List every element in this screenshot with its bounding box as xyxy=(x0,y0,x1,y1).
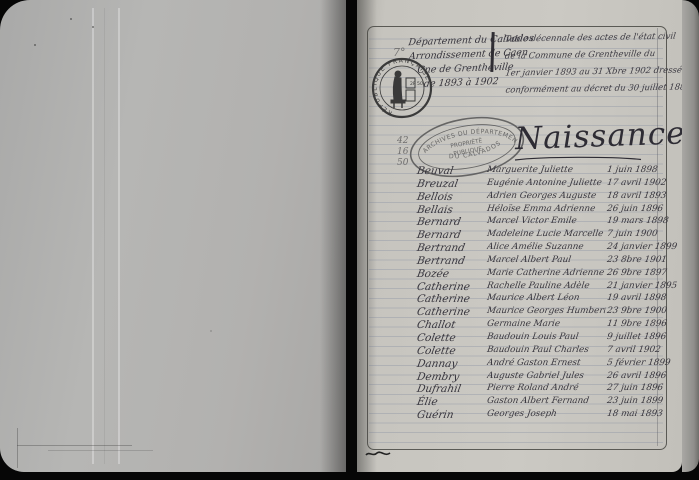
entry-given-names: Baudouin Paul Charles xyxy=(486,345,605,355)
scanned-register-spread: 7° Département du Calvados Arrondissemen… xyxy=(0,0,699,480)
entry-surname: Catherine xyxy=(416,293,488,305)
entry-date: 26 avril 1896 xyxy=(606,371,669,381)
stamp-value: 2F 50 xyxy=(410,81,423,87)
entry-given-names: Gaston Albert Fernand xyxy=(486,396,605,406)
entry-date: 1 juin 1898 xyxy=(606,165,669,175)
entry-date: 18 avril 1893 xyxy=(606,191,669,201)
entry-given-names: Alice Amélie Suzanne xyxy=(486,242,605,252)
entry-date: 17 avril 1902 xyxy=(606,178,669,188)
entry-date: 23 juin 1899 xyxy=(606,396,669,406)
entry-surname: Bertrand xyxy=(416,255,488,267)
table-row: BernardMarcel Victor Émile19 mars 1898 xyxy=(417,216,669,229)
entry-surname: Bellais xyxy=(416,204,488,216)
entry-given-names: Héloïse Emma Adrienne xyxy=(486,204,605,214)
table-row: CatherineRachelle Pauline Adèle21 janvie… xyxy=(417,281,669,294)
entry-date: 19 avril 1898 xyxy=(606,293,669,303)
entry-date: 18 mai 1893 xyxy=(606,409,669,419)
entry-surname: Élie xyxy=(416,396,488,408)
table-row: CatherineMaurice Albert Léon19 avril 189… xyxy=(417,293,669,306)
entry-date: 7 avril 1902 xyxy=(606,345,669,355)
table-row: BertrandAlice Amélie Suzanne24 janvier 1… xyxy=(417,242,669,255)
entry-date: 19 mars 1898 xyxy=(606,216,669,226)
table-row: DembryAuguste Gabriel Jules26 avril 1896 xyxy=(417,371,669,384)
entry-date: 24 janvier 1899 xyxy=(606,242,669,252)
table-row: DannayAndré Gaston Ernest5 février 1899 xyxy=(417,358,669,371)
pencil-rule-horizontal xyxy=(17,445,132,446)
table-row: BernardMadeleine Lucie Marcelle7 juin 19… xyxy=(417,229,669,242)
table-row: CatherineMaurice Georges Humbert23 9bre … xyxy=(417,306,669,319)
table-row: ColetteBaudouin Louis Paul9 juillet 1896 xyxy=(417,332,669,345)
entry-date: 26 9bre 1897 xyxy=(606,268,669,278)
title-flourish xyxy=(513,156,643,162)
entry-surname: Dannay xyxy=(416,358,488,370)
entry-surname: Colette xyxy=(416,345,488,357)
table-row: GuérinGeorges Joseph18 mai 1893 xyxy=(417,409,669,422)
table-row: DufrahilPierre Roland André27 juin 1896 xyxy=(417,383,669,396)
page-title: Naissances xyxy=(514,115,699,158)
entry-surname: Dufrahil xyxy=(416,383,488,395)
spine-shadow xyxy=(320,0,346,472)
entry-surname: Bertrand xyxy=(416,242,488,254)
entry-surname: Beuval xyxy=(416,165,488,177)
entry-given-names: Maurice Georges Humbert xyxy=(486,306,605,316)
entry-given-names: Germaine Marie xyxy=(486,319,605,329)
entry-surname: Bernard xyxy=(416,229,488,241)
right-page-naissances: 7° Département du Calvados Arrondissemen… xyxy=(357,0,682,472)
entry-date: 11 9bre 1896 xyxy=(606,319,669,329)
entry-surname: Bellois xyxy=(416,191,488,203)
entry-date: 9 juillet 1896 xyxy=(606,332,669,342)
table-row: ColetteBaudouin Paul Charles7 avril 1902 xyxy=(417,345,669,358)
entry-surname: Bernard xyxy=(416,216,488,228)
births-list: BeuvalMarguerite Juliette1 juin 1898Breu… xyxy=(417,165,669,422)
entry-date: 21 janvier 1895 xyxy=(606,281,669,291)
entry-given-names: Rachelle Pauline Adèle xyxy=(486,281,605,291)
entry-given-names: Eugénie Antonine Juliette xyxy=(486,178,605,188)
entry-surname: Breuzal xyxy=(416,178,488,190)
table-row: BeuvalMarguerite Juliette1 juin 1898 xyxy=(417,165,669,178)
table-row: ÉlieGaston Albert Fernand23 juin 1899 xyxy=(417,396,669,409)
table-row: BreuzalEugénie Antonine Juliette17 avril… xyxy=(417,178,669,191)
entry-date: 23 8bre 1901 xyxy=(606,255,669,265)
dust-speck xyxy=(92,26,94,28)
table-row: BelloisAdrien Georges Auguste18 avril 18… xyxy=(417,191,669,204)
table-row: ChallotGermaine Marie11 9bre 1896 xyxy=(417,319,669,332)
entry-given-names: Maurice Albert Léon xyxy=(486,293,605,303)
table-row: BozéeMarie Catherine Adrienne26 9bre 189… xyxy=(417,268,669,281)
entry-date: 26 juin 1896 xyxy=(606,204,669,214)
pencil-rule-horizontal xyxy=(48,450,153,451)
entry-surname: Catherine xyxy=(416,281,488,293)
entry-given-names: Marcel Victor Émile xyxy=(486,216,605,226)
entry-given-names: Madeleine Lucie Marcelle xyxy=(486,229,605,239)
entry-surname: Bozée xyxy=(416,268,488,280)
table-row: BellaisHéloïse Emma Adrienne26 juin 1896 xyxy=(417,204,669,217)
page-block-edge xyxy=(682,0,699,472)
table-row: BertrandMarcel Albert Paul23 8bre 1901 xyxy=(417,255,669,268)
entry-surname: Dembry xyxy=(416,371,488,383)
allegory-figure xyxy=(391,71,415,108)
entry-given-names: André Gaston Ernest xyxy=(486,358,605,368)
page-fold-line xyxy=(118,8,120,464)
entry-surname: Catherine xyxy=(416,306,488,318)
entry-surname: Colette xyxy=(416,332,488,344)
entry-surname: Guérin xyxy=(416,409,488,421)
entry-date: 5 février 1899 xyxy=(606,358,669,368)
entry-date: 7 juin 1900 xyxy=(606,229,669,239)
entry-date: 23 9bre 1900 xyxy=(606,306,669,316)
entry-given-names: Auguste Gabriel Jules xyxy=(486,371,605,381)
dust-speck xyxy=(70,18,72,20)
dust-speck xyxy=(34,44,36,46)
fiscal-stamp-icon: RÉPUBLIQUE FRANÇAISE 2F 50 xyxy=(371,56,433,120)
entry-given-names: Adrien Georges Auguste xyxy=(486,191,605,201)
entry-given-names: Pierre Roland André xyxy=(486,383,605,393)
bottom-scribble xyxy=(365,449,391,459)
entry-given-names: Marcel Albert Paul xyxy=(486,255,605,265)
entry-surname: Challot xyxy=(416,319,488,331)
pencil-number: 50 xyxy=(397,158,408,169)
entry-given-names: Georges Joseph xyxy=(486,409,605,419)
dust-speck xyxy=(210,330,212,332)
pencil-rule-vertical xyxy=(17,428,18,468)
header-right-block: Table décennale des actes de l'état civi… xyxy=(504,28,690,99)
entry-date: 27 juin 1896 xyxy=(606,383,669,393)
entry-given-names: Marie Catherine Adrienne xyxy=(486,268,605,278)
entry-given-names: Marguerite Juliette xyxy=(486,165,605,175)
left-page-blank xyxy=(0,0,346,472)
entry-given-names: Baudouin Louis Paul xyxy=(486,332,605,342)
table-decennale-line4: conformément au décret du 30 juillet 188… xyxy=(504,79,691,99)
page-fold-crease xyxy=(104,8,105,464)
page-fold-line xyxy=(92,8,94,464)
